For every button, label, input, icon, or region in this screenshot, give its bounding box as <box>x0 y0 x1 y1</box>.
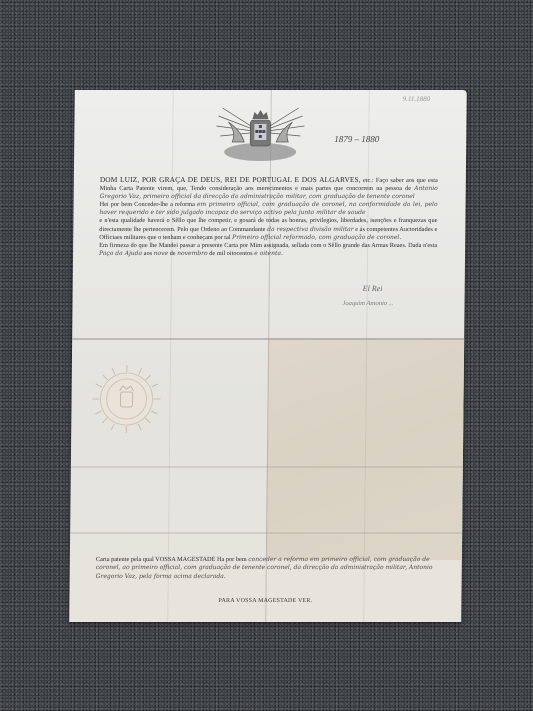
patent-document: 9.11.1880 1879 – 1880 DOM LUIZ, POR GRAÇ… <box>69 90 467 622</box>
handwritten-month: novembro <box>177 250 208 257</box>
royal-signature: El Rei <box>363 284 383 293</box>
handwritten-place: Paço da Ajuda <box>99 250 142 257</box>
body-line: de <box>170 250 176 257</box>
patent-body: DOM LUIZ, POR GRAÇA DE DEUS, REI DE PORT… <box>99 176 438 258</box>
royal-title: DOM LUIZ, POR GRAÇA DE DEUS, REI DE PORT… <box>100 175 361 184</box>
patent-summary: Carta patente pela qual VOSSA MAGESTADE … <box>96 556 434 581</box>
body-line: Hei por bem Conceder-lhe a reforma <box>100 201 195 208</box>
minister-signature: Joaquim Antonio ... <box>343 300 394 307</box>
body-line: Em firmeza do que lhe Mandei passar a pr… <box>99 242 437 249</box>
closing-formula: PARA VOSSA MAGESTADE VER. <box>69 598 461 604</box>
archive-note: 9.11.1880 <box>403 95 431 103</box>
handwritten-day: nove <box>154 250 168 257</box>
summary-line: Carta patente pela qual VOSSA MAGESTADE … <box>96 556 247 563</box>
header-date: 1879 – 1880 <box>334 134 379 144</box>
handwritten-rank: Primeiro official reformado, com graduaç… <box>232 234 401 241</box>
handwritten-year: e oitenta. <box>254 250 283 257</box>
body-line: aos <box>144 250 152 257</box>
coat-of-arms-icon <box>210 102 311 164</box>
fold-line-vertical <box>167 90 174 622</box>
embossed-seal-icon <box>89 362 164 436</box>
handwritten-division: da respectiva divisão militar <box>267 226 354 233</box>
body-line: de mil oitocentos <box>209 250 252 257</box>
